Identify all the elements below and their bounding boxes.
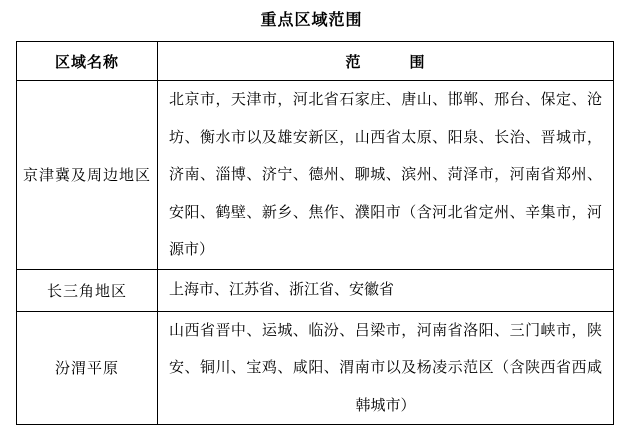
col-header-scope: 范 围 bbox=[158, 42, 614, 81]
region-name-cell: 汾渭平原 bbox=[17, 311, 158, 425]
region-name-cell: 京津冀及周边地区 bbox=[17, 81, 158, 270]
scope-line: 山西省晋中、运城、临汾、吕梁市，河南省洛阳、三门峡市，陕西省西 bbox=[169, 312, 602, 350]
table-row: 长三角地区上海市、江苏省、浙江省、安徽省 bbox=[17, 269, 614, 311]
region-scope-cell: 上海市、江苏省、浙江省、安徽省 bbox=[158, 269, 614, 311]
scope-line: 北京市，天津市，河北省石家庄、唐山、邯郸、邢台、保定、沧州、廊 bbox=[169, 81, 602, 119]
region-scope-cell: 山西省晋中、运城、临汾、吕梁市，河南省洛阳、三门峡市，陕西省西安、铜川、宝鸡、咸… bbox=[158, 311, 614, 425]
page-title: 重点区域范围 bbox=[0, 0, 623, 31]
region-name-cell: 长三角地区 bbox=[17, 269, 158, 311]
scope-line: 上海市、江苏省、浙江省、安徽省 bbox=[169, 271, 602, 309]
table-row: 京津冀及周边地区北京市，天津市，河北省石家庄、唐山、邯郸、邢台、保定、沧州、廊坊… bbox=[17, 81, 614, 270]
scope-line: 安、铜川、宝鸡、咸阳、渭南市以及杨凌示范区（含陕西省西咸新区、 bbox=[169, 349, 602, 387]
col-header-region-name: 区域名称 bbox=[17, 42, 158, 81]
key-areas-table: 区域名称 范 围 京津冀及周边地区北京市，天津市，河北省石家庄、唐山、邯郸、邢台… bbox=[16, 41, 614, 425]
scope-line: 安阳、鹤壁、新乡、焦作、濮阳市（含河北省定州、辛集市，河南省济 bbox=[169, 194, 602, 232]
scope-line: 坊、衡水市以及雄安新区，山西省太原、阳泉、长治、晋城市，山东省 bbox=[169, 119, 602, 157]
table-row: 汾渭平原山西省晋中、运城、临汾、吕梁市，河南省洛阳、三门峡市，陕西省西安、铜川、… bbox=[17, 311, 614, 425]
scope-line: 济南、淄博、济宁、德州、聊城、滨州、菏泽市，河南省郑州、开封、 bbox=[169, 156, 602, 194]
region-scope-cell: 北京市，天津市，河北省石家庄、唐山、邯郸、邢台、保定、沧州、廊坊、衡水市以及雄安… bbox=[158, 81, 614, 270]
header-row: 区域名称 范 围 bbox=[17, 42, 614, 81]
table-body: 京津冀及周边地区北京市，天津市，河北省石家庄、唐山、邯郸、邢台、保定、沧州、廊坊… bbox=[17, 81, 614, 425]
scope-line: 源市） bbox=[169, 231, 602, 269]
document-page: 重点区域范围 区域名称 范 围 京津冀及周边地区北京市，天津市，河北省石家庄、唐… bbox=[0, 0, 623, 432]
scope-line: 韩城市） bbox=[169, 387, 602, 425]
